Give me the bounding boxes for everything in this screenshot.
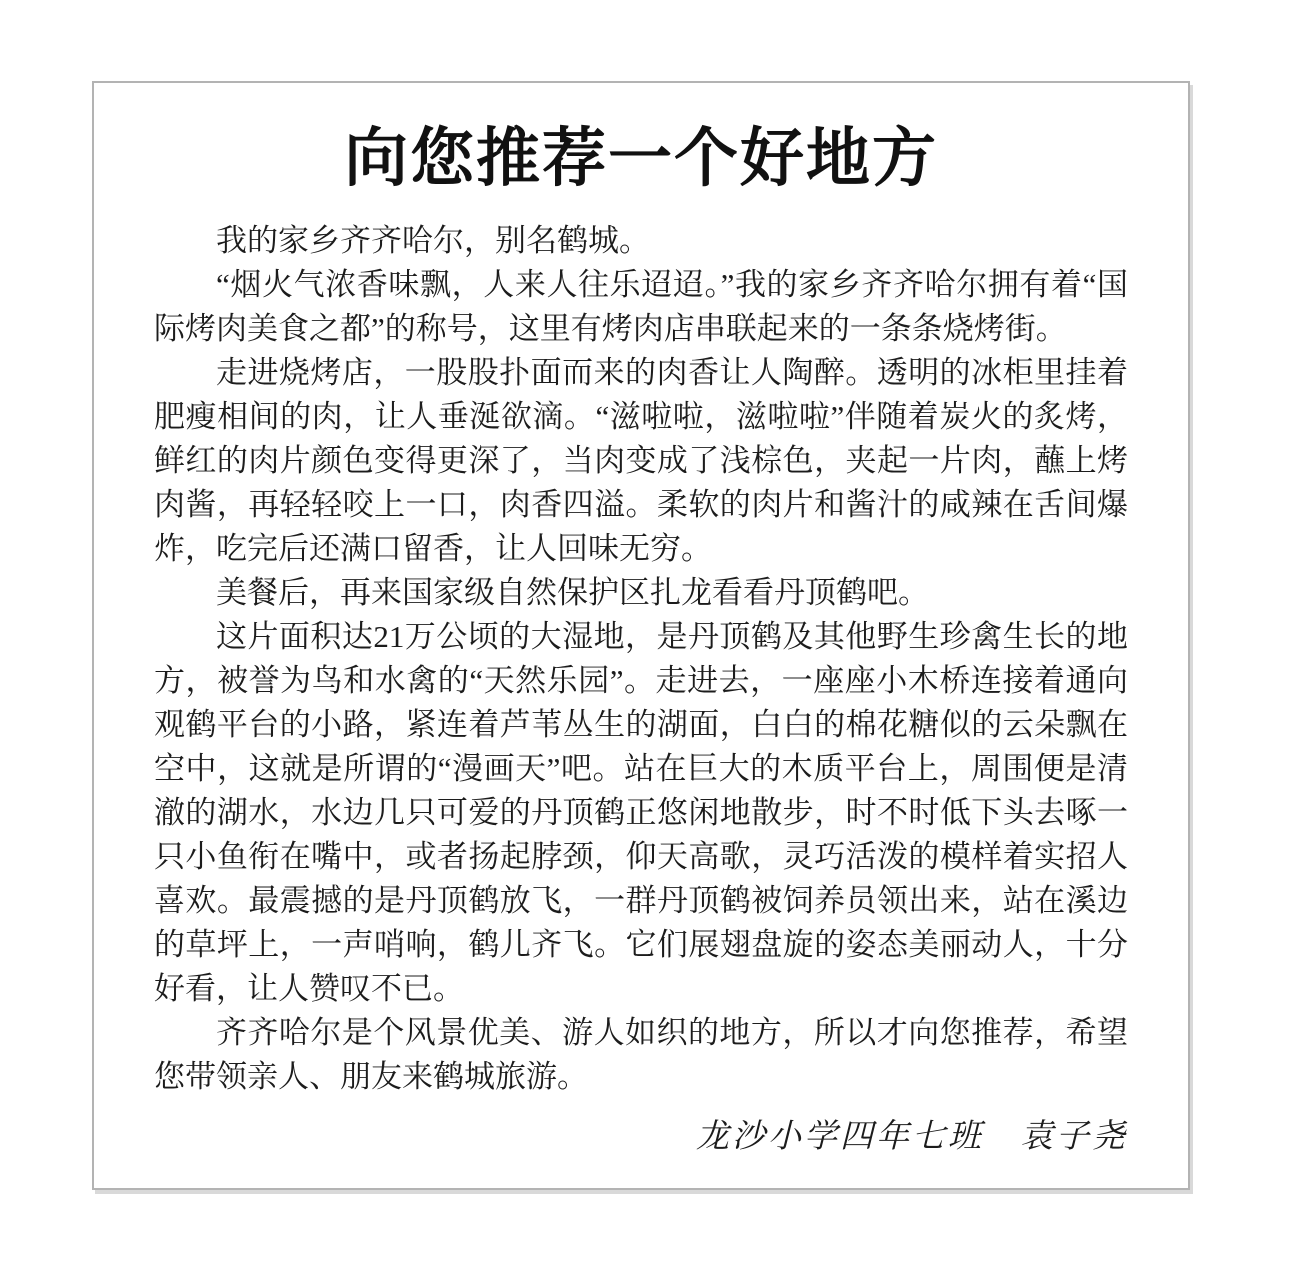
- essay-paragraph-conclusion: 齐齐哈尔是个风景优美、游人如织的地方，所以才向您推荐，希望您带领亲人、朋友来鹤城…: [154, 1011, 1128, 1099]
- essay-paragraph-zhalong-intro: 美餐后，再来国家级自然保护区扎龙看看丹顶鹤吧。: [154, 571, 1128, 615]
- essay-title: 向您推荐一个好地方: [154, 121, 1128, 197]
- essay-signature: 龙沙小学四年七班 袁子尧: [154, 1115, 1128, 1159]
- essay-sheet: 向您推荐一个好地方 我的家乡齐齐哈尔，别名鹤城。 “烟火气浓香味飘，人来人往乐迢…: [92, 81, 1190, 1190]
- essay-paragraph-wetland-cranes: 这片面积达21万公顷的大湿地，是丹顶鹤及其他野生珍禽生长的地方，被誉为鸟和水禽的…: [154, 615, 1128, 1011]
- essay-paragraph-bbq-shop: 走进烧烤店，一股股扑面而来的肉香让人陶醉。透明的冰柜里挂着肥瘦相间的肉，让人垂涎…: [154, 351, 1128, 571]
- document-background: 向您推荐一个好地方 我的家乡齐齐哈尔，别名鹤城。 “烟火气浓香味飘，人来人往乐迢…: [0, 0, 1305, 1280]
- essay-paragraph-intro: 我的家乡齐齐哈尔，别名鹤城。: [154, 219, 1128, 263]
- essay-paragraph-bbq-street: “烟火气浓香味飘，人来人往乐迢迢。”我的家乡齐齐哈尔拥有着“国际烤肉美食之都”的…: [154, 263, 1128, 351]
